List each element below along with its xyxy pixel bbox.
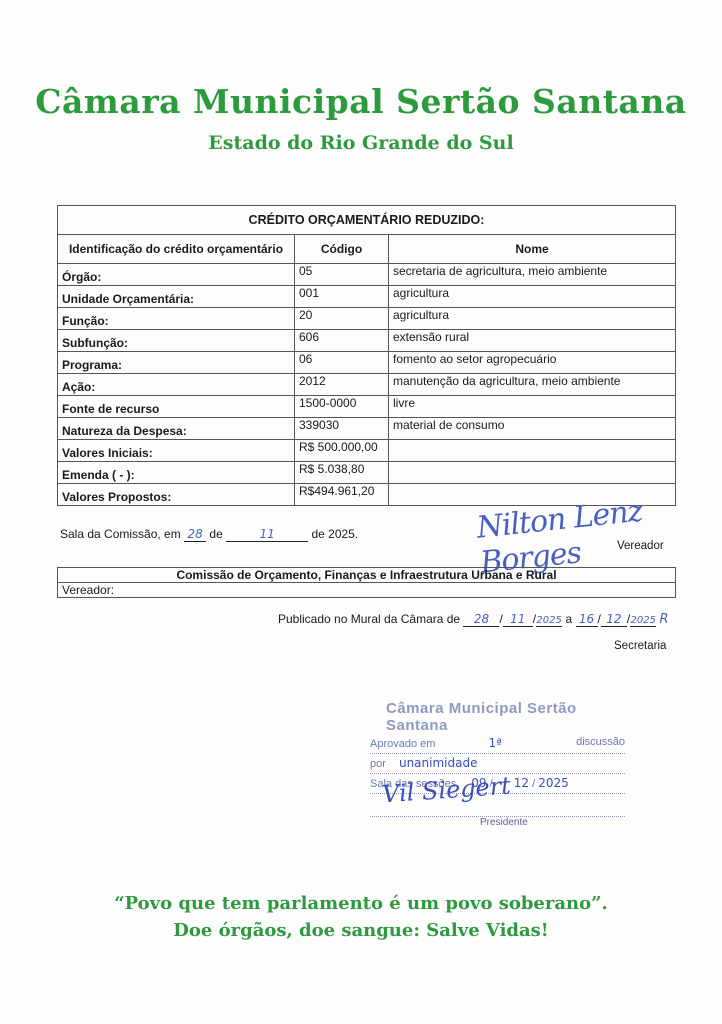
publication-a: a bbox=[565, 612, 572, 626]
row-label: Função: bbox=[58, 308, 295, 330]
table-row: Ação:2012manutenção da agricultura, meio… bbox=[58, 374, 676, 396]
stamp-title: Câmara Municipal Sertão Santana bbox=[386, 700, 625, 734]
pub-from-month: 11 bbox=[503, 612, 533, 627]
row-code: 1500-0000 bbox=[295, 396, 389, 418]
table-row: Órgão:05secretaria de agricultura, meio … bbox=[58, 264, 676, 286]
row-name: agricultura bbox=[389, 308, 676, 330]
row-label: Programa: bbox=[58, 352, 295, 374]
date-month: 11 bbox=[226, 527, 308, 542]
date-day: 28 bbox=[184, 527, 206, 542]
footer-motto-2: Doe órgãos, doe sangue: Salve Vidas! bbox=[0, 920, 722, 941]
date-suffix: de 2025. bbox=[311, 527, 358, 541]
secretary-role: Secretaria bbox=[614, 640, 666, 652]
row-label: Emenda ( - ): bbox=[58, 462, 295, 484]
stamp-por-line: por unanimidade bbox=[370, 756, 625, 774]
row-label: Valores Propostos: bbox=[58, 484, 295, 506]
table-row: Fonte de recurso1500-0000livre bbox=[58, 396, 676, 418]
table-row: Subfunção:606extensão rural bbox=[58, 330, 676, 352]
page-title: Câmara Municipal Sertão Santana bbox=[0, 82, 722, 121]
row-name: livre bbox=[389, 396, 676, 418]
commission-member-label: Vereador: bbox=[58, 583, 676, 598]
stamp-approved-value: 1ª bbox=[489, 736, 502, 750]
table-row: Valores Iniciais:R$ 500.000,00 bbox=[58, 440, 676, 462]
pub-to-day: 16 bbox=[576, 612, 598, 627]
publication-line: Publicado no Mural da Câmara de 28/11/20… bbox=[278, 612, 669, 627]
row-code: R$494.961,20 bbox=[295, 484, 389, 506]
row-name bbox=[389, 462, 676, 484]
table-row: Natureza da Despesa:339030material de co… bbox=[58, 418, 676, 440]
row-code: 606 bbox=[295, 330, 389, 352]
row-name: agricultura bbox=[389, 286, 676, 308]
stamp-discussion-label: discussão bbox=[576, 736, 625, 748]
column-header-name: Nome bbox=[389, 235, 676, 264]
page-subtitle: Estado do Rio Grande do Sul bbox=[0, 132, 722, 154]
credit-table-caption: CRÉDITO ORÇAMENTÁRIO REDUZIDO: bbox=[58, 206, 676, 235]
row-name: manutenção da agricultura, meio ambiente bbox=[389, 374, 676, 396]
commission-title: Comissão de Orçamento, Finanças e Infrae… bbox=[58, 568, 676, 583]
stamp-session-year: 2025 bbox=[538, 776, 569, 790]
row-name bbox=[389, 440, 676, 462]
pub-to-month: 12 bbox=[601, 612, 627, 627]
table-row: Unidade Orçamentária:001agricultura bbox=[58, 286, 676, 308]
row-name: secretaria de agricultura, meio ambiente bbox=[389, 264, 676, 286]
publication-prefix: Publicado no Mural da Câmara de bbox=[278, 612, 460, 626]
row-label: Valores Iniciais: bbox=[58, 440, 295, 462]
commission-table: Comissão de Orçamento, Finanças e Infrae… bbox=[57, 567, 676, 598]
row-label: Órgão: bbox=[58, 264, 295, 286]
date-prefix: Sala da Comissão, em bbox=[60, 527, 181, 541]
pub-to-year: 2025 bbox=[630, 615, 656, 627]
footer-motto-1: “Povo que tem parlamento é um povo sober… bbox=[0, 893, 722, 914]
row-name: extensão rural bbox=[389, 330, 676, 352]
pub-from-day: 28 bbox=[463, 612, 499, 627]
row-code: R$ 5.038,80 bbox=[295, 462, 389, 484]
credit-table: CRÉDITO ORÇAMENTÁRIO REDUZIDO: Identific… bbox=[57, 205, 676, 506]
row-label: Ação: bbox=[58, 374, 295, 396]
column-header-identification: Identificação do crédito orçamentário bbox=[58, 235, 295, 264]
row-label: Unidade Orçamentária: bbox=[58, 286, 295, 308]
stamp-session-month: 12 bbox=[514, 776, 529, 790]
vereador-role: Vereador bbox=[617, 540, 664, 552]
secretary-initial: R bbox=[660, 612, 669, 627]
row-code: 20 bbox=[295, 308, 389, 330]
approval-stamp: Câmara Municipal Sertão Santana Aprovado… bbox=[370, 700, 625, 828]
table-row: Programa:06fomento ao setor agropecuário bbox=[58, 352, 676, 374]
row-label: Fonte de recurso bbox=[58, 396, 295, 418]
commission-date-line: Sala da Comissão, em 28 de 11 de 2025. bbox=[60, 527, 358, 542]
row-code: 06 bbox=[295, 352, 389, 374]
row-label: Subfunção: bbox=[58, 330, 295, 352]
row-code: 339030 bbox=[295, 418, 389, 440]
stamp-approved-line: Aprovado em 1ª discussão bbox=[370, 736, 625, 754]
row-code: R$ 500.000,00 bbox=[295, 440, 389, 462]
row-label: Natureza da Despesa: bbox=[58, 418, 295, 440]
pub-from-year: 2025 bbox=[536, 615, 562, 627]
row-code: 05 bbox=[295, 264, 389, 286]
column-header-code: Código bbox=[295, 235, 389, 264]
table-row: Função:20agricultura bbox=[58, 308, 676, 330]
row-code: 001 bbox=[295, 286, 389, 308]
stamp-approved-label: Aprovado em bbox=[370, 738, 435, 750]
date-de: de bbox=[209, 527, 222, 541]
stamp-por-label: por bbox=[370, 758, 386, 770]
row-name: material de consumo bbox=[389, 418, 676, 440]
stamp-president-role: Presidente bbox=[480, 817, 625, 828]
stamp-por-value: unanimidade bbox=[399, 756, 478, 770]
row-name: fomento ao setor agropecuário bbox=[389, 352, 676, 374]
table-row: Emenda ( - ):R$ 5.038,80 bbox=[58, 462, 676, 484]
row-code: 2012 bbox=[295, 374, 389, 396]
